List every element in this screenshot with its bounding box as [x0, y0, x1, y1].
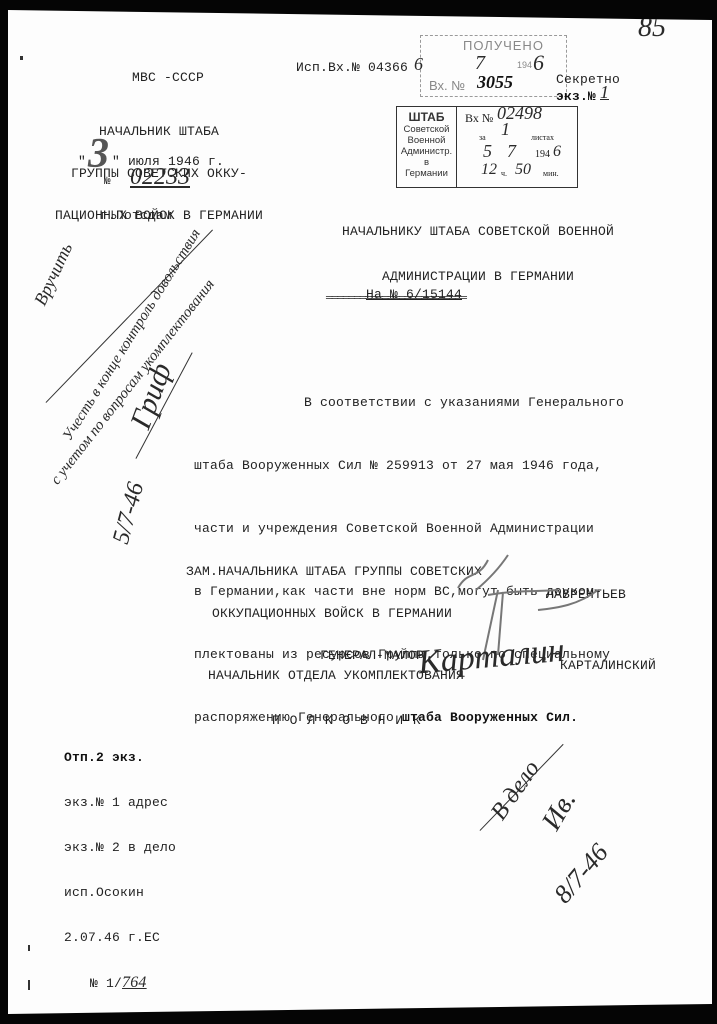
- hq-date-day: 5: [483, 141, 492, 162]
- hq-in-label: Вх №: [465, 111, 493, 126]
- hq-sheets-suffix: листах: [531, 133, 554, 142]
- date-quote-open: ": [78, 154, 86, 169]
- hq-time-hour: 12: [481, 161, 497, 179]
- classification-label: Секретно: [556, 72, 620, 87]
- hq-date-year-digit: 6: [553, 143, 561, 161]
- page-number: 85: [638, 12, 666, 44]
- hq-stamp-org-title: ШТАБ: [397, 111, 456, 124]
- hq-stamp-org-line: Администр.: [397, 146, 456, 157]
- ministry-label: МВС -СССР: [68, 70, 268, 85]
- distribution-line: 2.07.46 г.ЕС: [64, 930, 176, 945]
- outgoing-number: 02233: [130, 164, 190, 191]
- hq-date-year-prefix: 194: [535, 149, 550, 160]
- hq-stamp-org: ШТАБ Советской Военной Администр. в Герм…: [397, 107, 457, 187]
- received-stamp-title: ПОЛУЧЕНО: [463, 38, 544, 53]
- hq-stamp-org-line: Германии: [397, 168, 456, 179]
- hq-time-min: 50: [515, 161, 531, 179]
- signature-2-rank: П О Л К О В Н И К: [208, 713, 464, 728]
- date-day-handwritten: 3: [88, 130, 109, 178]
- received-stamp: ПОЛУЧЕНО 7 194 6 Вх. № 3055: [420, 35, 567, 97]
- received-year-digit: 6: [533, 50, 544, 76]
- body-line: части и учреждения Советской Военной Адм…: [194, 518, 624, 539]
- copy-number: 1: [600, 82, 609, 103]
- hq-time-hour-label: ч.: [501, 169, 507, 178]
- hq-stamp-org-line: в: [397, 157, 456, 168]
- body-line: В соответствии с указаниями Генерального: [194, 392, 624, 413]
- bottom-signature: Ив.: [536, 786, 583, 836]
- margin-date: 5/7-46: [108, 479, 150, 547]
- addressee-line: АДМИНИСТРАЦИИ В ГЕРМАНИИ: [308, 269, 648, 284]
- hq-stamp: ШТАБ Советской Военной Администр. в Герм…: [396, 106, 578, 188]
- hq-date-month: 7: [507, 141, 516, 162]
- addressee-line: НАЧАЛЬНИКУ ШТАБА СОВЕТСКОЙ ВОЕННОЙ: [308, 224, 648, 239]
- outgoing-number-label: №: [104, 176, 111, 188]
- received-in-number: 3055: [477, 72, 513, 93]
- distribution-line: исп.Осокин: [64, 885, 176, 900]
- body-line: штаба Вооруженных Сил № 259913 от 27 мая…: [194, 455, 624, 476]
- reference-underline: ═════════════════════════: [326, 293, 466, 305]
- signature-2-name: КАРТАЛИНСКИЙ: [560, 658, 656, 673]
- distribution-line: экз.№ 1 адрес: [64, 795, 176, 810]
- received-in-label: Вх. №: [429, 78, 465, 93]
- speck: [28, 980, 30, 990]
- speck: [20, 56, 23, 60]
- hq-stamp-org-line: Советской: [397, 124, 456, 135]
- hq-stamp-org-line: Военной: [397, 135, 456, 146]
- sender-org-line: НАЧАЛЬНИК ШТАБА: [28, 125, 290, 139]
- received-year-prefix: 194: [517, 60, 532, 70]
- bottom-date: 8/7-46: [548, 838, 615, 909]
- registration-number: 764: [122, 974, 147, 991]
- distribution-line: Отп.2 экз.: [64, 750, 176, 765]
- hq-time-min-label: мин.: [543, 169, 559, 178]
- city: г.Потсдам: [100, 208, 172, 223]
- incoming-exec-number: Исп.Вх.№ 04366: [296, 60, 408, 75]
- hq-sheets-value: 1: [501, 119, 510, 140]
- document-page: 85 МВС -СССР НАЧАЛЬНИК ШТАБА ГРУППЫ СОВЕ…: [8, 10, 712, 1014]
- registration-prefix: № 1/: [90, 976, 122, 991]
- distribution-line: экз.№ 2 в дело: [64, 840, 176, 855]
- copy-label: экз.№: [556, 89, 596, 104]
- distribution-list: Отп.2 экз. экз.№ 1 адрес экз.№ 2 в дело …: [64, 720, 176, 1014]
- speck: [28, 945, 30, 951]
